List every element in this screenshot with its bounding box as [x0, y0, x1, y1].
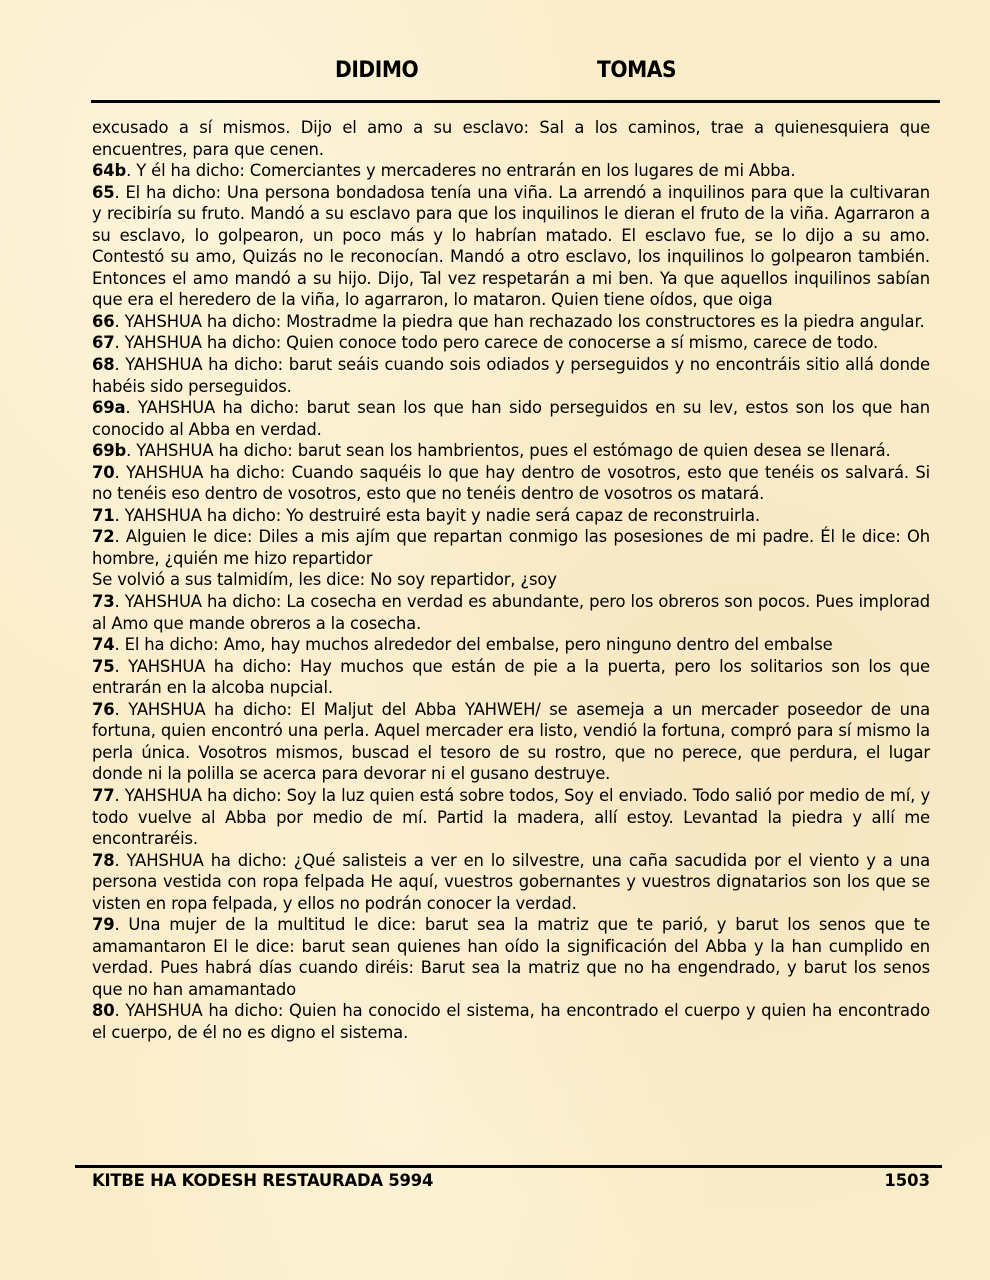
verse-66: 66. YAHSHUA ha dicho: Mostradme la piedr…	[92, 311, 930, 333]
verse-number: 77	[92, 786, 115, 805]
verse-text: . YAHSHUA ha dicho: barut sean los que h…	[92, 398, 930, 439]
header-title-right: TOMAS	[597, 58, 676, 83]
verse-number: 72	[92, 527, 115, 546]
verse-72: 72. Alguien le dice: Diles a mis ajím qu…	[92, 526, 930, 569]
verse-77: 77. YAHSHUA ha dicho: Soy la luz quien e…	[92, 785, 930, 850]
verse-68: 68. YAHSHUA ha dicho: barut seáis cuando…	[92, 354, 930, 397]
verse-text: . YAHSHUA ha dicho: El Maljut del Abba Y…	[92, 700, 930, 784]
verse-text: . YAHSHUA ha dicho: Quien conoce todo pe…	[115, 333, 879, 352]
verse-number: 80	[92, 1001, 115, 1020]
footer-book-title: KITBE HA KODESH RESTAURADA 5994	[92, 1171, 433, 1190]
verse-76: 76. YAHSHUA ha dicho: El Maljut del Abba…	[92, 699, 930, 785]
verse-number: 69a	[92, 398, 125, 417]
verse-text: . YAHSHUA ha dicho: La cosecha en verdad…	[92, 592, 930, 633]
verse-number: 70	[92, 463, 115, 482]
verse-70: 70. YAHSHUA ha dicho: Cuando saquéis lo …	[92, 462, 930, 505]
verse-text: Se volvió a sus talmidím, les dice: No s…	[92, 570, 557, 589]
verse-number: 66	[92, 312, 115, 331]
running-header: DIDIMO TOMAS	[0, 58, 990, 92]
verse-text: . Alguien le dice: Diles a mis ajím que …	[92, 527, 930, 568]
verse-64b: 64b. Y él ha dicho: Comerciantes y merca…	[92, 160, 930, 182]
verse-number: 79	[92, 915, 115, 934]
verse-79: 79. Una mujer de la multitud le dice: ba…	[92, 914, 930, 1000]
verse-69a: 69a. YAHSHUA ha dicho: barut sean los qu…	[92, 397, 930, 440]
paragraph-continuation: excusado a sí mismos. Dijo el amo a su e…	[92, 117, 930, 160]
verse-text: . YAHSHUA ha dicho: barut seáis cuando s…	[92, 355, 930, 396]
verse-number: 65	[92, 183, 115, 202]
verse-67: 67. YAHSHUA ha dicho: Quien conoce todo …	[92, 332, 930, 354]
verse-text: . El ha dicho: Amo, hay muchos alrededor…	[115, 635, 833, 654]
verse-73: 73. YAHSHUA ha dicho: La cosecha en verd…	[92, 591, 930, 634]
verse-72-continued: Se volvió a sus talmidím, les dice: No s…	[92, 569, 930, 591]
header-rule	[91, 100, 940, 103]
verse-text: . YAHSHUA ha dicho: Mostradme la piedra …	[115, 312, 925, 331]
verse-65: 65. El ha dicho: Una persona bondadosa t…	[92, 182, 930, 311]
verse-text: . Y él ha dicho: Comerciantes y mercader…	[126, 161, 795, 180]
verse-text: . YAHSHUA ha dicho: Cuando saquéis lo qu…	[92, 463, 930, 504]
verse-number: 67	[92, 333, 115, 352]
verse-number: 68	[92, 355, 115, 374]
footer-rule	[75, 1165, 942, 1168]
verse-number: 74	[92, 635, 115, 654]
verse-75: 75. YAHSHUA ha dicho: Hay muchos que est…	[92, 656, 930, 699]
verse-text: . YAHSHUA ha dicho: barut sean los hambr…	[126, 441, 891, 460]
verse-text: . YAHSHUA ha dicho: ¿Qué salisteis a ver…	[92, 851, 930, 913]
verse-text: . YAHSHUA ha dicho: Yo destruiré esta ba…	[115, 506, 760, 525]
verse-number: 64b	[92, 161, 126, 180]
verse-number: 75	[92, 657, 115, 676]
page-body: excusado a sí mismos. Dijo el amo a su e…	[92, 117, 930, 1044]
verse-number: 76	[92, 700, 115, 719]
page-number: 1503	[884, 1171, 930, 1190]
verse-78: 78. YAHSHUA ha dicho: ¿Qué salisteis a v…	[92, 850, 930, 915]
verse-text: . YAHSHUA ha dicho: Soy la luz quien est…	[92, 786, 930, 848]
verse-text: . El ha dicho: Una persona bondadosa ten…	[92, 183, 930, 310]
verse-number: 71	[92, 506, 115, 525]
verse-number: 78	[92, 851, 115, 870]
header-title-left: DIDIMO	[335, 58, 418, 83]
verse-text: . YAHSHUA ha dicho: Quien ha conocido el…	[92, 1001, 930, 1042]
verse-74: 74. El ha dicho: Amo, hay muchos alreded…	[92, 634, 930, 656]
running-footer: KITBE HA KODESH RESTAURADA 5994 1503	[92, 1171, 930, 1193]
verse-text: . Una mujer de la multitud le dice: baru…	[92, 915, 930, 999]
verse-80: 80. YAHSHUA ha dicho: Quien ha conocido …	[92, 1000, 930, 1043]
verse-text: . YAHSHUA ha dicho: Hay muchos que están…	[92, 657, 930, 698]
verse-69b: 69b. YAHSHUA ha dicho: barut sean los ha…	[92, 440, 930, 462]
verse-number: 69b	[92, 441, 126, 460]
verse-71: 71. YAHSHUA ha dicho: Yo destruiré esta …	[92, 505, 930, 527]
verse-number: 73	[92, 592, 115, 611]
